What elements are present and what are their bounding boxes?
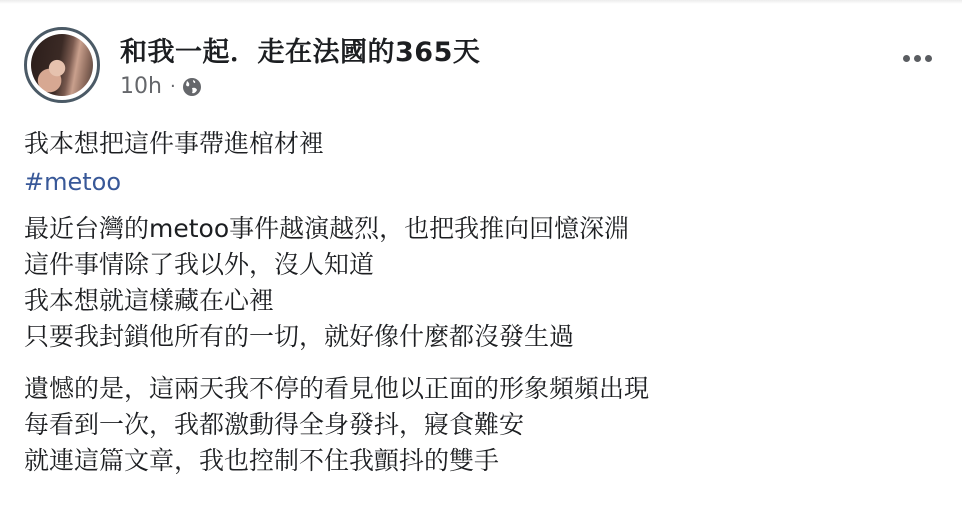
more-dot	[914, 55, 921, 62]
post-line: 這件事情除了我以外，沒人知道	[24, 247, 649, 283]
post-meta: 10h ·	[120, 74, 202, 99]
post-paragraph: 最近台灣的metoo事件越演越烈，也把我推向回憶深淵 這件事情除了我以外，沒人知…	[24, 211, 649, 355]
post-line: 我本想就這樣藏在心裡	[24, 283, 649, 319]
hashtag-link[interactable]: #metoo	[24, 164, 649, 200]
facebook-post: 和我一起．走在法國的365天 10h · 我本想把這件事帶進棺材裡 #metoo…	[0, 0, 962, 520]
post-line: 最近台灣的metoo事件越演越烈，也把我推向回憶深淵	[24, 211, 649, 247]
author-avatar[interactable]	[24, 27, 100, 103]
globe-icon[interactable]	[182, 77, 202, 97]
more-dot	[903, 55, 910, 62]
more-options-icon[interactable]	[903, 55, 932, 62]
post-line: 每看到一次，我都激動得全身發抖，寢食難安	[24, 407, 649, 443]
post-timestamp[interactable]: 10h	[120, 74, 162, 99]
more-dot	[925, 55, 932, 62]
post-headline: 我本想把這件事帶進棺材裡	[24, 126, 649, 162]
meta-separator: ·	[170, 76, 176, 97]
post-line: 遺憾的是，這兩天我不停的看見他以正面的形象頻頻出現	[24, 371, 649, 407]
post-line: 只要我封鎖他所有的一切，就好像什麼都沒發生過	[24, 319, 649, 355]
top-divider	[0, 0, 962, 4]
post-line: 就連這篇文章，我也控制不住我顫抖的雙手	[24, 443, 649, 479]
author-name[interactable]: 和我一起．走在法國的365天	[120, 30, 480, 69]
avatar-photo	[31, 34, 93, 96]
post-content: 我本想把這件事帶進棺材裡 #metoo 最近台灣的metoo事件越演越烈，也把我…	[24, 126, 649, 479]
post-paragraph: 遺憾的是，這兩天我不停的看見他以正面的形象頻頻出現 每看到一次，我都激動得全身發…	[24, 371, 649, 479]
